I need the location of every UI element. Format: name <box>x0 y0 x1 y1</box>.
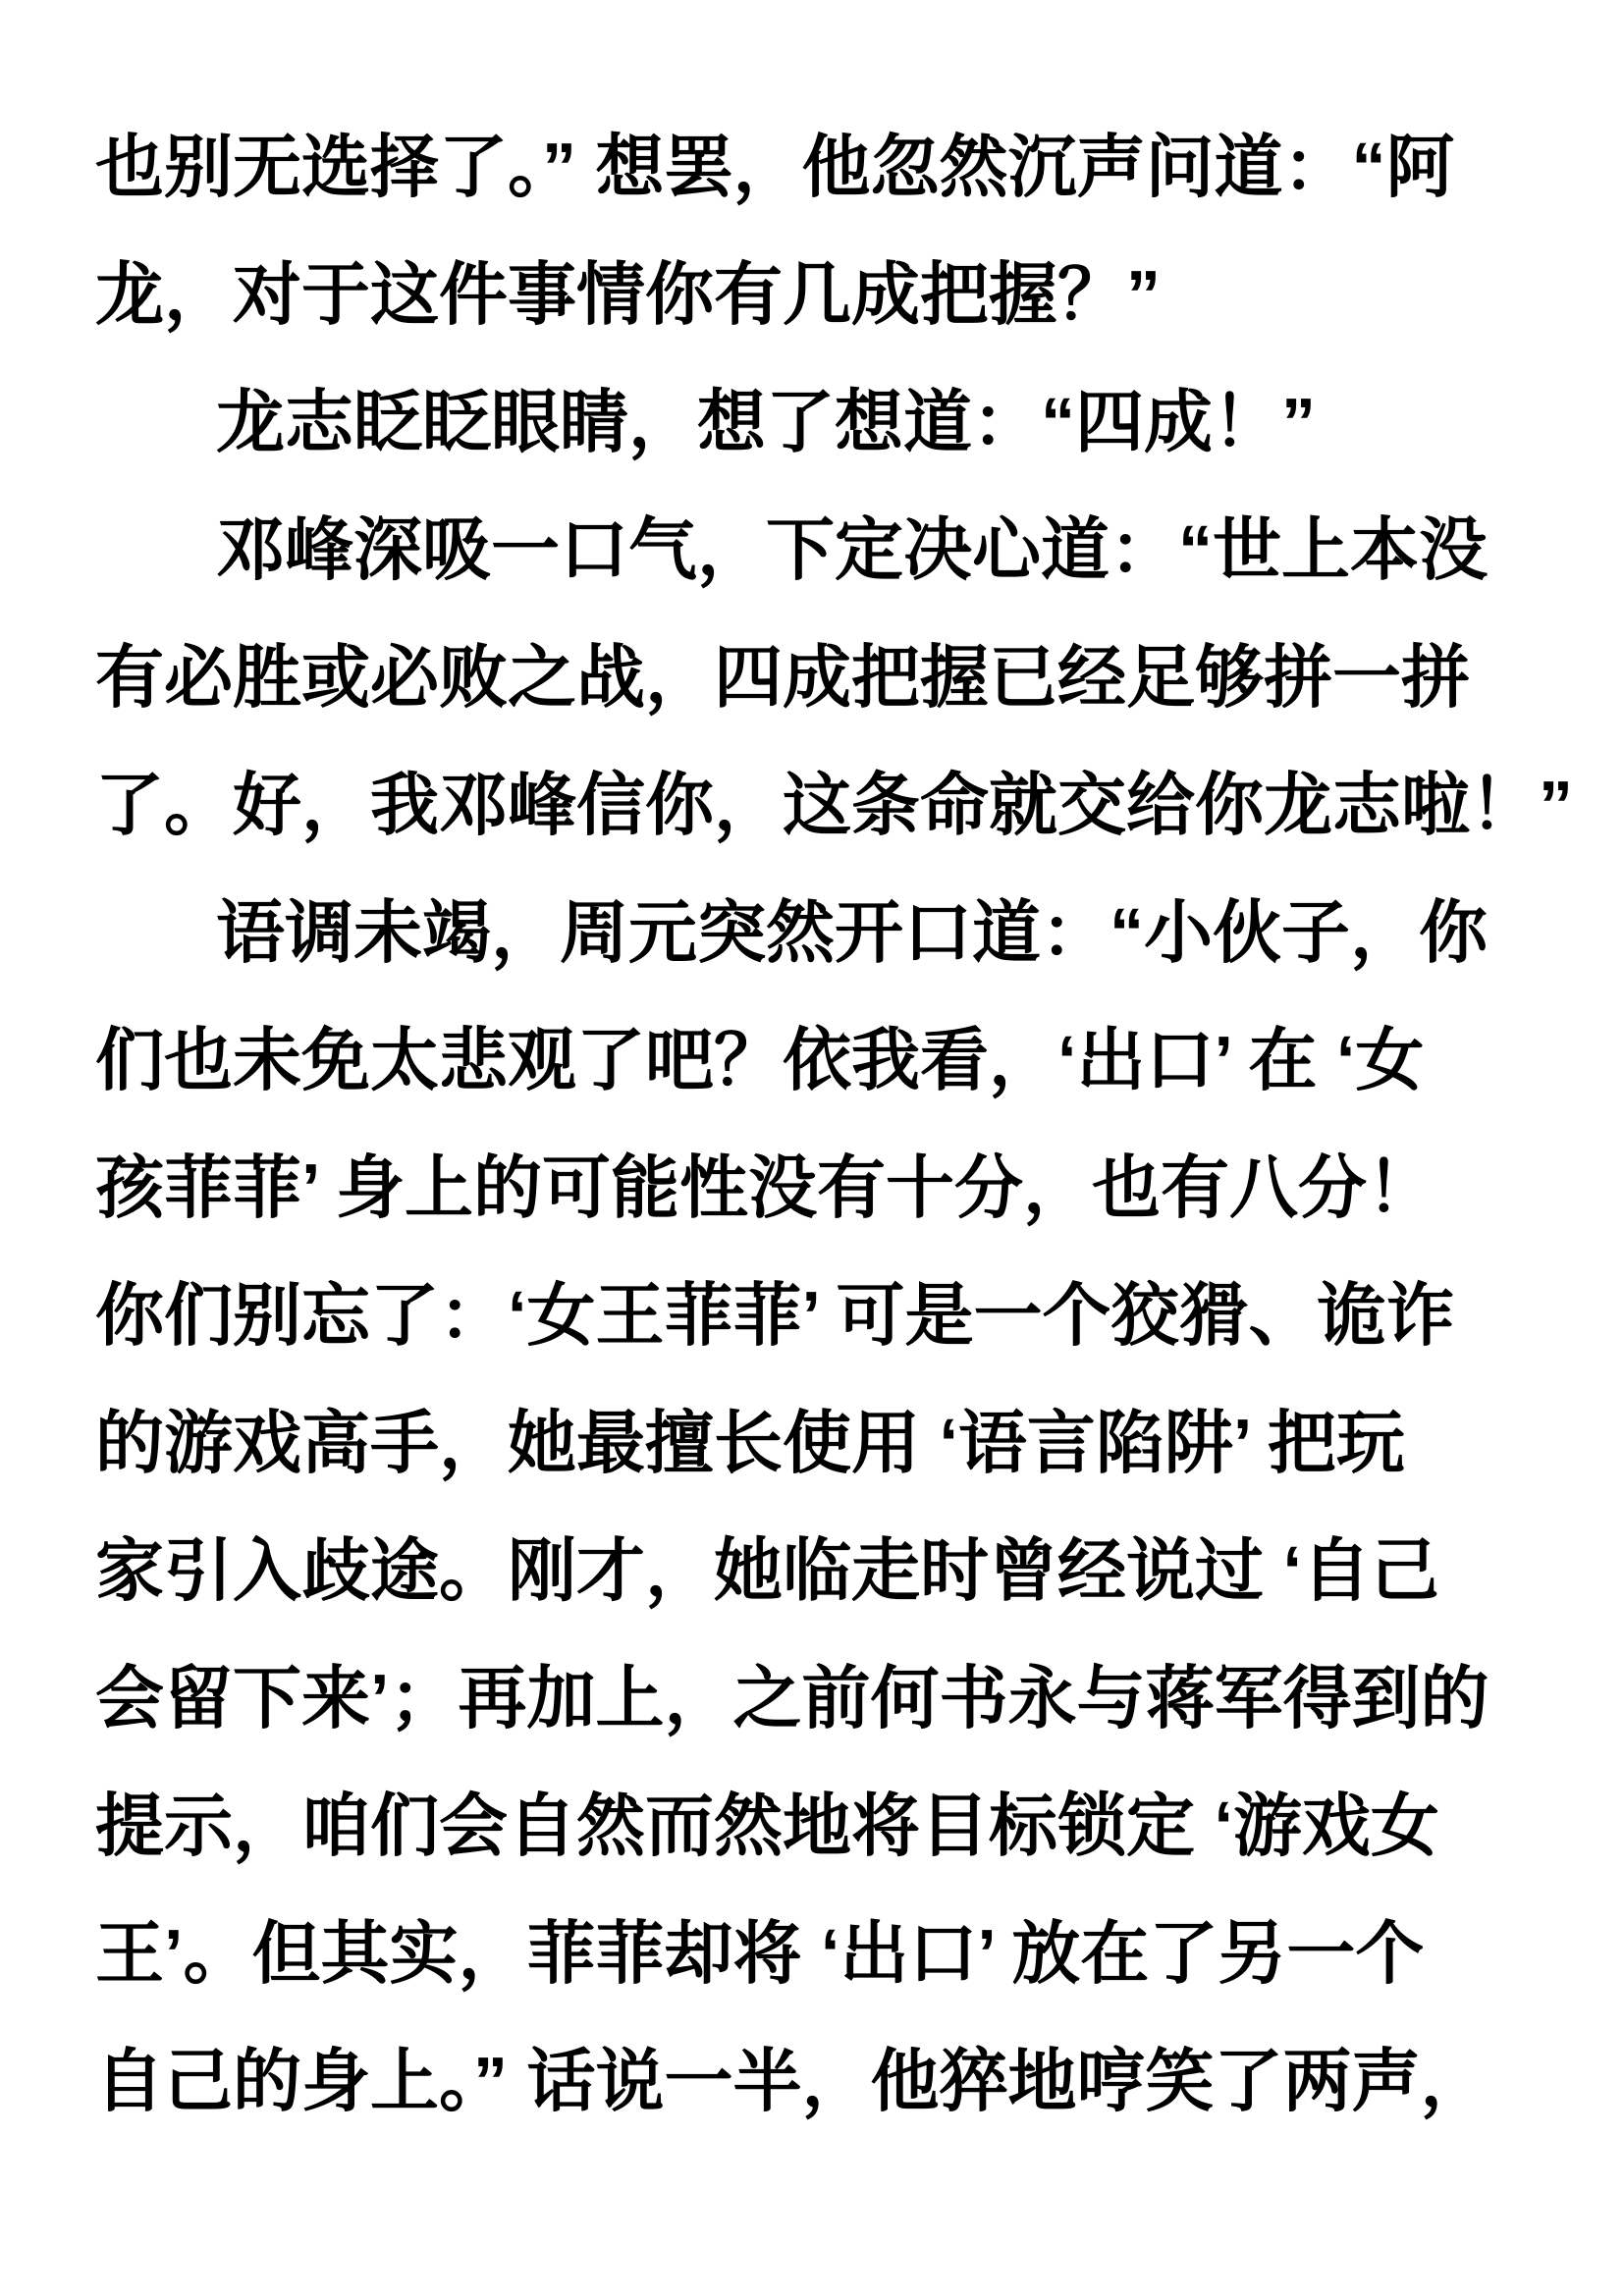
text-line: 语调未竭，周元突然开口道：“小伙子，你 <box>95 869 1529 996</box>
text-line: 龙，对于这件事情你有几成把握？” <box>95 231 1529 358</box>
text-line: 了。好，我邓峰信你，这条命就交给你龙志啦！” <box>95 741 1529 869</box>
text-line: 也别无选择了。” 想罢，他忽然沉声问道：“阿 <box>95 103 1529 231</box>
text-line: 会留下来’；再加上，之前何书永与蒋军得到的 <box>95 1634 1529 1762</box>
text-line: 有必胜或必败之战，四成把握已经足够拼一拼 <box>95 614 1529 741</box>
text-line: 王’。但其实，菲菲却将 ‘出口’ 放在了另一个 <box>95 1890 1529 2017</box>
text-line: 们也未免太悲观了吧？依我看，‘出口’ 在 ‘女 <box>95 996 1529 1124</box>
text-line: 自己的身上。” 话说一半，他猝地哼笑了两声， <box>95 2017 1529 2145</box>
ebook-page: 也别无选择了。” 想罢，他忽然沉声问道：“阿龙，对于这件事情你有几成把握？”龙志… <box>0 0 1624 2296</box>
text-line: 邓峰深吸一口气，下定决心道：“世上本没 <box>95 486 1529 614</box>
text-line: 的游戏高手，她最擅长使用 ‘语言陷阱’ 把玩 <box>95 1379 1529 1507</box>
page-text: 也别无选择了。” 想罢，他忽然沉声问道：“阿龙，对于这件事情你有几成把握？”龙志… <box>95 103 1529 2145</box>
text-line: 你们别忘了：‘女王菲菲’ 可是一个狡猾、诡诈 <box>95 1252 1529 1379</box>
text-line: 孩菲菲’ 身上的可能性没有十分，也有八分！ <box>95 1124 1529 1252</box>
text-line: 提示，咱们会自然而然地将目标锁定 ‘游戏女 <box>95 1762 1529 1890</box>
text-line: 龙志眨眨眼睛，想了想道：“四成！” <box>95 358 1529 486</box>
text-line: 家引入歧途。刚才，她临走时曾经说过 ‘自己 <box>95 1507 1529 1634</box>
